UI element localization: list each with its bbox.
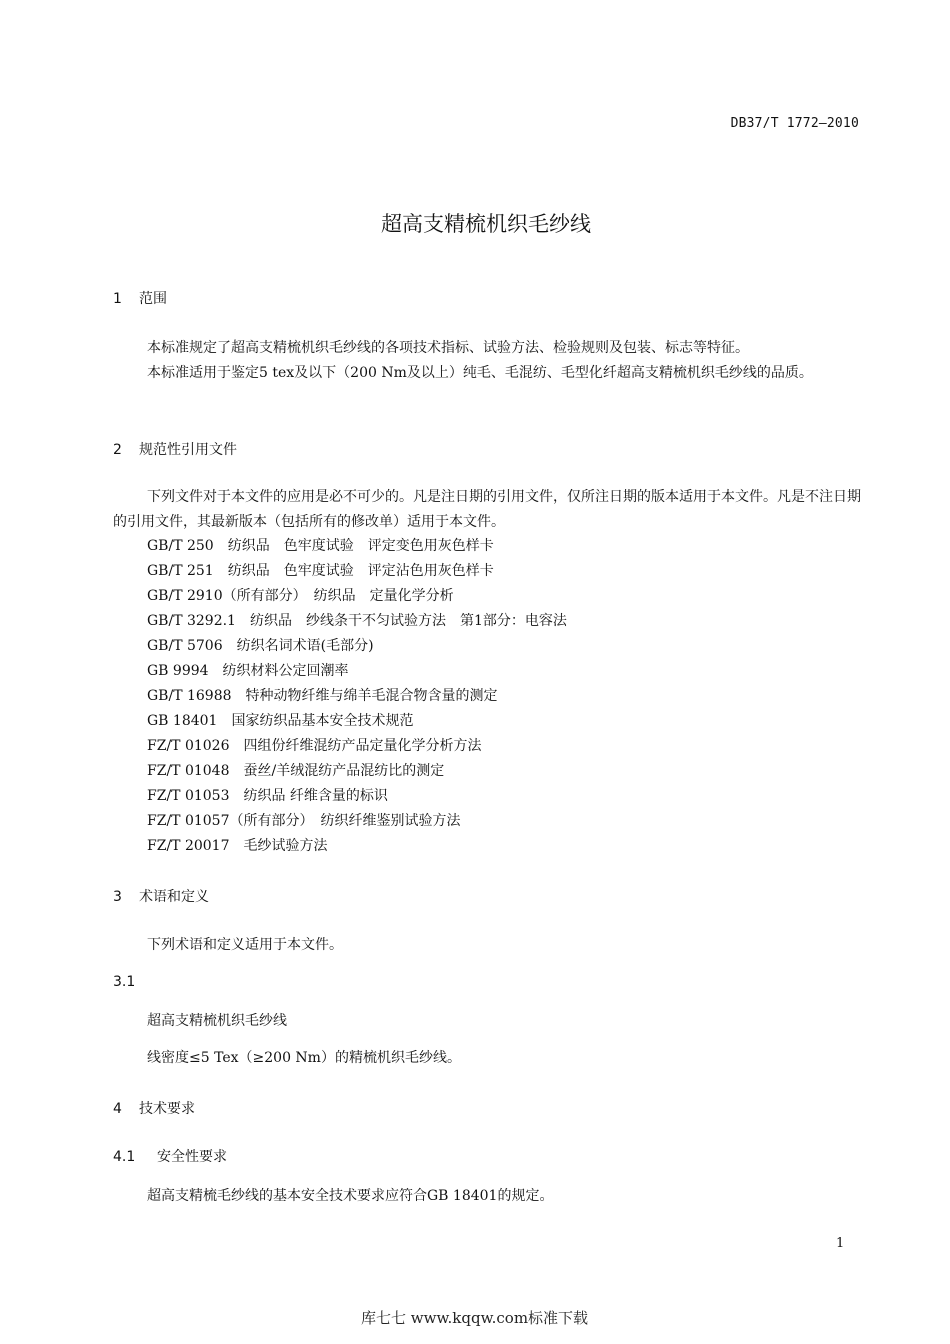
reference-item: GB 9994 纺织材料公定回潮率 (147, 660, 349, 680)
reference-item: FZ/T 01026 四组份纤维混纺产品定量化学分析方法 (147, 735, 481, 755)
subsection-title: 安全性要求 (157, 1149, 227, 1165)
section-title: 技术要求 (139, 1101, 195, 1117)
section-number: 2 (113, 442, 139, 458)
section-title: 规范性引用文件 (139, 442, 237, 458)
section-number: 4 (113, 1101, 139, 1117)
document-title: 超高支精梳机织毛纱线 (0, 208, 950, 238)
reference-item: GB/T 3292.1 纺织品 纱线条干不匀试验方法 第1部分：电容法 (147, 610, 567, 630)
reference-item: FZ/T 01057（所有部分） 纺织纤维鉴别试验方法 (147, 810, 460, 830)
reference-item: GB/T 5706 纺织名词术语(毛部分) (147, 635, 374, 655)
page-number: 1 (836, 1236, 844, 1251)
reference-item: FZ/T 01048 蚕丝/羊绒混纺产品混纺比的测定 (147, 760, 444, 780)
term-definition: 线密度≤5 Tex（≥200 Nm）的精梳机织毛纱线。 (147, 1047, 461, 1067)
section-2-heading: 2规范性引用文件 (113, 439, 237, 459)
reference-item: GB/T 16988 特种动物纤维与绵羊毛混合物含量的测定 (147, 685, 498, 705)
reference-item: GB 18401 国家纺织品基本安全技术规范 (147, 710, 413, 730)
section-1-heading: 1范围 (113, 288, 167, 308)
term-number: 3.1 (113, 974, 135, 990)
reference-item: GB/T 251 纺织品 色牢度试验 评定沾色用灰色样卡 (147, 560, 494, 580)
reference-item: FZ/T 20017 毛纱试验方法 (147, 835, 327, 855)
reference-item: GB/T 250 纺织品 色牢度试验 评定变色用灰色样卡 (147, 535, 494, 555)
terms-intro: 下列术语和定义适用于本文件。 (147, 934, 343, 954)
section-4-heading: 4技术要求 (113, 1098, 195, 1118)
section-title: 范围 (139, 291, 167, 307)
scope-paragraph-2: 本标准适用于鉴定5 tex及以下（200 Nm及以上）纯毛、毛混纺、毛型化纤超高… (113, 361, 861, 386)
section-3-heading: 3术语和定义 (113, 886, 209, 906)
term-name: 超高支精梳机织毛纱线 (147, 1010, 287, 1030)
document-code: DB37/T 1772—2010 (731, 116, 859, 131)
safety-requirement-text: 超高支精梳毛纱线的基本安全技术要求应符合GB 18401的规定。 (147, 1185, 553, 1205)
reference-item: GB/T 2910（所有部分） 纺织品 定量化学分析 (147, 585, 454, 605)
subsection-number: 4.1 (113, 1149, 157, 1165)
footer-watermark: 库七七 www.kqqw.com标准下载 (361, 1307, 588, 1328)
normative-intro: 下列文件对于本文件的应用是必不可少的。凡是注日期的引用文件，仅所注日期的版本适用… (113, 485, 861, 535)
reference-item: FZ/T 01053 纺织品 纤维含量的标识 (147, 785, 388, 805)
section-number: 3 (113, 889, 139, 905)
subsection-4-1-heading: 4.1安全性要求 (113, 1146, 227, 1166)
section-title: 术语和定义 (139, 889, 209, 905)
section-number: 1 (113, 291, 139, 307)
scope-paragraph-1: 本标准规定了超高支精梳机织毛纱线的各项技术指标、试验方法、检验规则及包装、标志等… (113, 336, 861, 361)
